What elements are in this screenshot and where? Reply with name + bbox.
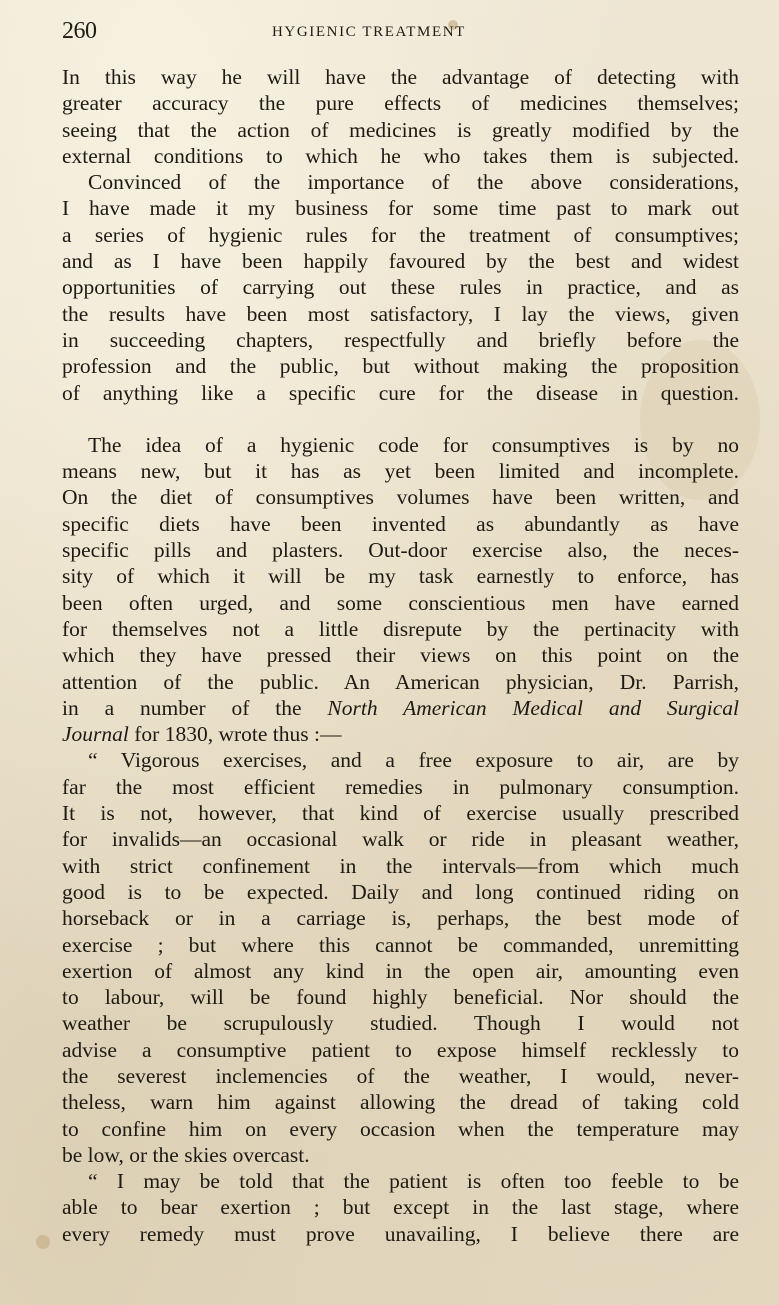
text-line: the results have been most satisfactory,… (62, 301, 739, 327)
running-title: HYGIENIC TREATMENT (272, 24, 466, 41)
text-line: far the most efficient remedies in pulmo… (62, 774, 739, 800)
text-line: good is to be expected. Daily and long c… (62, 879, 739, 905)
text-line: to confine him on every occasion when th… (62, 1116, 739, 1142)
text-line: external conditions to which he who take… (62, 143, 739, 169)
text-line: In this way he will have the advantage o… (62, 64, 739, 90)
paragraph-1: In this way he will have the advantage o… (62, 64, 739, 169)
text-line: The idea of a hygienic code for consumpt… (62, 432, 739, 458)
text-line: a series of hygienic rules for the treat… (62, 222, 739, 248)
text-line: specific pills and plasters. Out-door ex… (62, 537, 739, 563)
journal-title: Journal (62, 722, 129, 746)
text-line: to labour, will be found highly benefici… (62, 984, 739, 1010)
text-line: horseback or in a carriage is, perhaps, … (62, 905, 739, 931)
text-line: of anything like a specific cure for the… (62, 380, 739, 406)
text-line: for themselves not a little disrepute by… (62, 616, 739, 642)
text-line: “ Vigorous exercises, and a free exposur… (62, 747, 739, 773)
paragraph-5-quotation: “ I may be told that the patient is ofte… (62, 1168, 739, 1247)
text-line: be low, or the skies overcast. (62, 1142, 739, 1168)
text-line: and as I have been happily favoured by t… (62, 248, 739, 274)
text-line: in succeeding chapters, respectfully and… (62, 327, 739, 353)
body-text: In this way he will have the advantage o… (62, 64, 739, 1247)
text-line-with-journal-title: in a number of the North American Medica… (62, 695, 739, 721)
book-page: 260 HYGIENIC TREATMENT In this way he wi… (0, 0, 779, 1305)
text-line: exercise ; but where this cannot be comm… (62, 932, 739, 958)
text-segment: for 1830, wrote thus :— (129, 722, 342, 746)
page-number: 260 (62, 18, 97, 45)
text-line: exertion of almost any kind in the open … (62, 958, 739, 984)
text-segment: in a number of the (62, 696, 327, 720)
text-line: profession and the public, but without m… (62, 353, 739, 379)
text-line: “ I may be told that the patient is ofte… (62, 1168, 739, 1194)
text-line: weather be scrupulously studied. Though … (62, 1010, 739, 1036)
paragraph-2: Convinced of the importance of the above… (62, 169, 739, 406)
text-line: seeing that the action of medicines is g… (62, 117, 739, 143)
running-head: 260 HYGIENIC TREATMENT (62, 18, 739, 48)
text-line: greater accuracy the pure effects of med… (62, 90, 739, 116)
text-line: It is not, however, that kind of exercis… (62, 800, 739, 826)
paragraph-4-quotation: “ Vigorous exercises, and a free exposur… (62, 747, 739, 1168)
text-line: theless, warn him against allowing the d… (62, 1089, 739, 1115)
text-line: On the diet of consumptives volumes have… (62, 484, 739, 510)
text-line: specific diets have been invented as abu… (62, 511, 739, 537)
paragraph-3: The idea of a hygienic code for consumpt… (62, 432, 739, 748)
text-line-with-journal-title: Journal for 1830, wrote thus :— (62, 721, 739, 747)
text-line: with strict confinement in the intervals… (62, 853, 739, 879)
text-line: opportunities of carrying out these rule… (62, 274, 739, 300)
text-line: able to bear exertion ; but except in th… (62, 1194, 739, 1220)
journal-title: North American Medical and Surgical (327, 696, 739, 720)
text-line: for invalids—an occasional walk or ride … (62, 826, 739, 852)
text-line: advise a consumptive patient to expose h… (62, 1037, 739, 1063)
paper-stain (36, 1235, 50, 1249)
text-line: I have made it my business for some time… (62, 195, 739, 221)
text-line: Convinced of the importance of the above… (62, 169, 739, 195)
paragraph-gap (62, 406, 739, 432)
text-line: which they have pressed their views on t… (62, 642, 739, 668)
text-line: been often urged, and some conscientious… (62, 590, 739, 616)
text-line: the severest inclemencies of the weather… (62, 1063, 739, 1089)
text-line: every remedy must prove unavailing, I be… (62, 1221, 739, 1247)
text-line: means new, but it has as yet been limite… (62, 458, 739, 484)
text-line: sity of which it will be my task earnest… (62, 563, 739, 589)
text-line: attention of the public. An American phy… (62, 669, 739, 695)
